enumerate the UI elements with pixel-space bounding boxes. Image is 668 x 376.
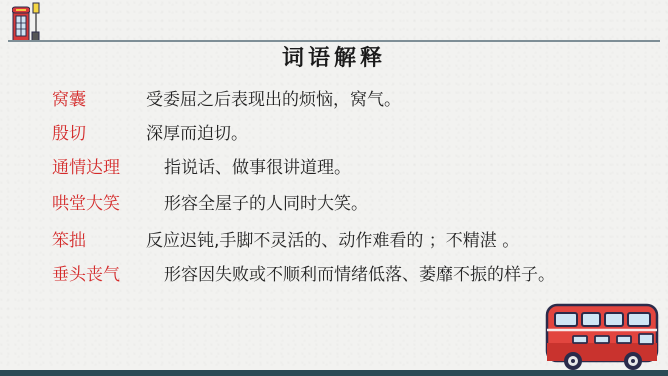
entry-row: 哄堂大笑 形容全屋子的人同时大笑。 [52, 194, 120, 214]
entry-definition: 受委屈之后表现出的烦恼，窝气。 [146, 90, 401, 110]
entry-definition: 指说话、做事很讲道理。 [164, 158, 351, 178]
entry-term: 窝囊 [52, 90, 86, 110]
entry-definition: 形容因失败或不顺利而情绪低落、萎靡不振的样子。 [164, 265, 555, 285]
entry-row: 通情达理 指说话、做事很讲道理。 [52, 158, 120, 178]
entry-definition: 深厚而迫切。 [146, 124, 248, 144]
entry-row: 殷切 深厚而迫切。 [52, 124, 86, 144]
entry-row: 垂头丧气 形容因失败或不顺利而情绪低落、萎靡不振的样子。 [52, 265, 120, 285]
bottom-bar [0, 370, 668, 376]
street-lamp-icon [31, 2, 41, 42]
entry-term: 通情达理 [52, 158, 120, 178]
entry-definition: 形容全屋子的人同时大笑。 [164, 194, 368, 214]
entry-term: 殷切 [52, 124, 86, 144]
entry-row: 窝囊 受委屈之后表现出的烦恼，窝气。 [52, 90, 86, 110]
page-title: 词语解释 [0, 41, 668, 72]
entry-row: 笨拙 反应迟钝,手脚不灵活的、动作难看的 ；不精湛 。 [52, 231, 86, 251]
entry-term: 笨拙 [52, 231, 86, 251]
entry-definition: 反应迟钝,手脚不灵活的、动作难看的 ；不精湛 。 [146, 231, 519, 251]
entry-term: 垂头丧气 [52, 265, 120, 285]
entry-term: 哄堂大笑 [52, 194, 120, 214]
phone-booth-icon [12, 6, 30, 42]
double-decker-bus-icon [545, 303, 659, 371]
